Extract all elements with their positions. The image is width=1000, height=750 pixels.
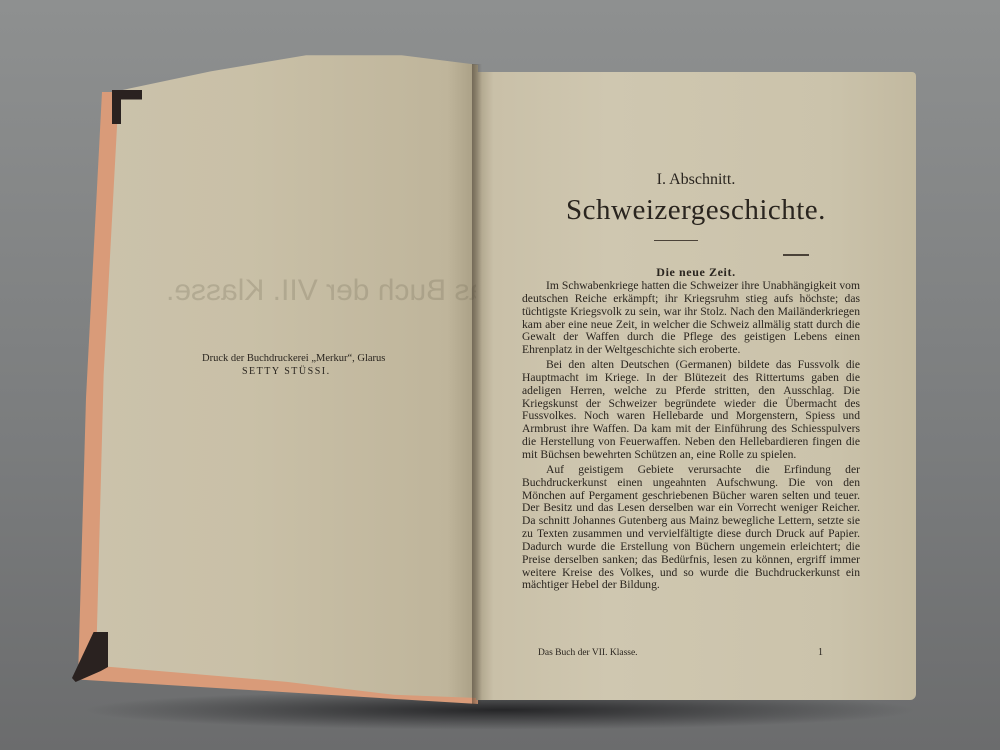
ink-mark (783, 254, 809, 256)
printer-name: SETTY STÜSSI. (180, 365, 480, 378)
bleed-through-title: Das Buch der VII. Klasse. (166, 274, 508, 308)
paragraph: Im Schwabenkriege hatten die Schweizer i… (522, 280, 860, 357)
printer-line: Druck der Buchdruckerei „Merkur“, Glarus (180, 352, 480, 365)
paragraph: Auf geistigem Gebiete verursachte die Er… (522, 464, 860, 592)
title-rule (654, 240, 698, 241)
book-gutter (472, 64, 482, 704)
subheading: Die neue Zeit. (476, 265, 916, 280)
body-text: Im Schwabenkriege hatten die Schweizer i… (522, 280, 860, 592)
printer-imprint: Druck der Buchdruckerei „Merkur“, Glarus… (180, 352, 480, 378)
section-label: I. Abschnitt. (476, 171, 916, 189)
chapter-title: Schweizergeschichte. (476, 194, 916, 227)
paragraph: Bei den alten Deutschen (Germanen) bilde… (522, 359, 860, 462)
page-number: 1 (818, 647, 823, 658)
footer-book-title: Das Buch der VII. Klasse. (538, 648, 638, 658)
